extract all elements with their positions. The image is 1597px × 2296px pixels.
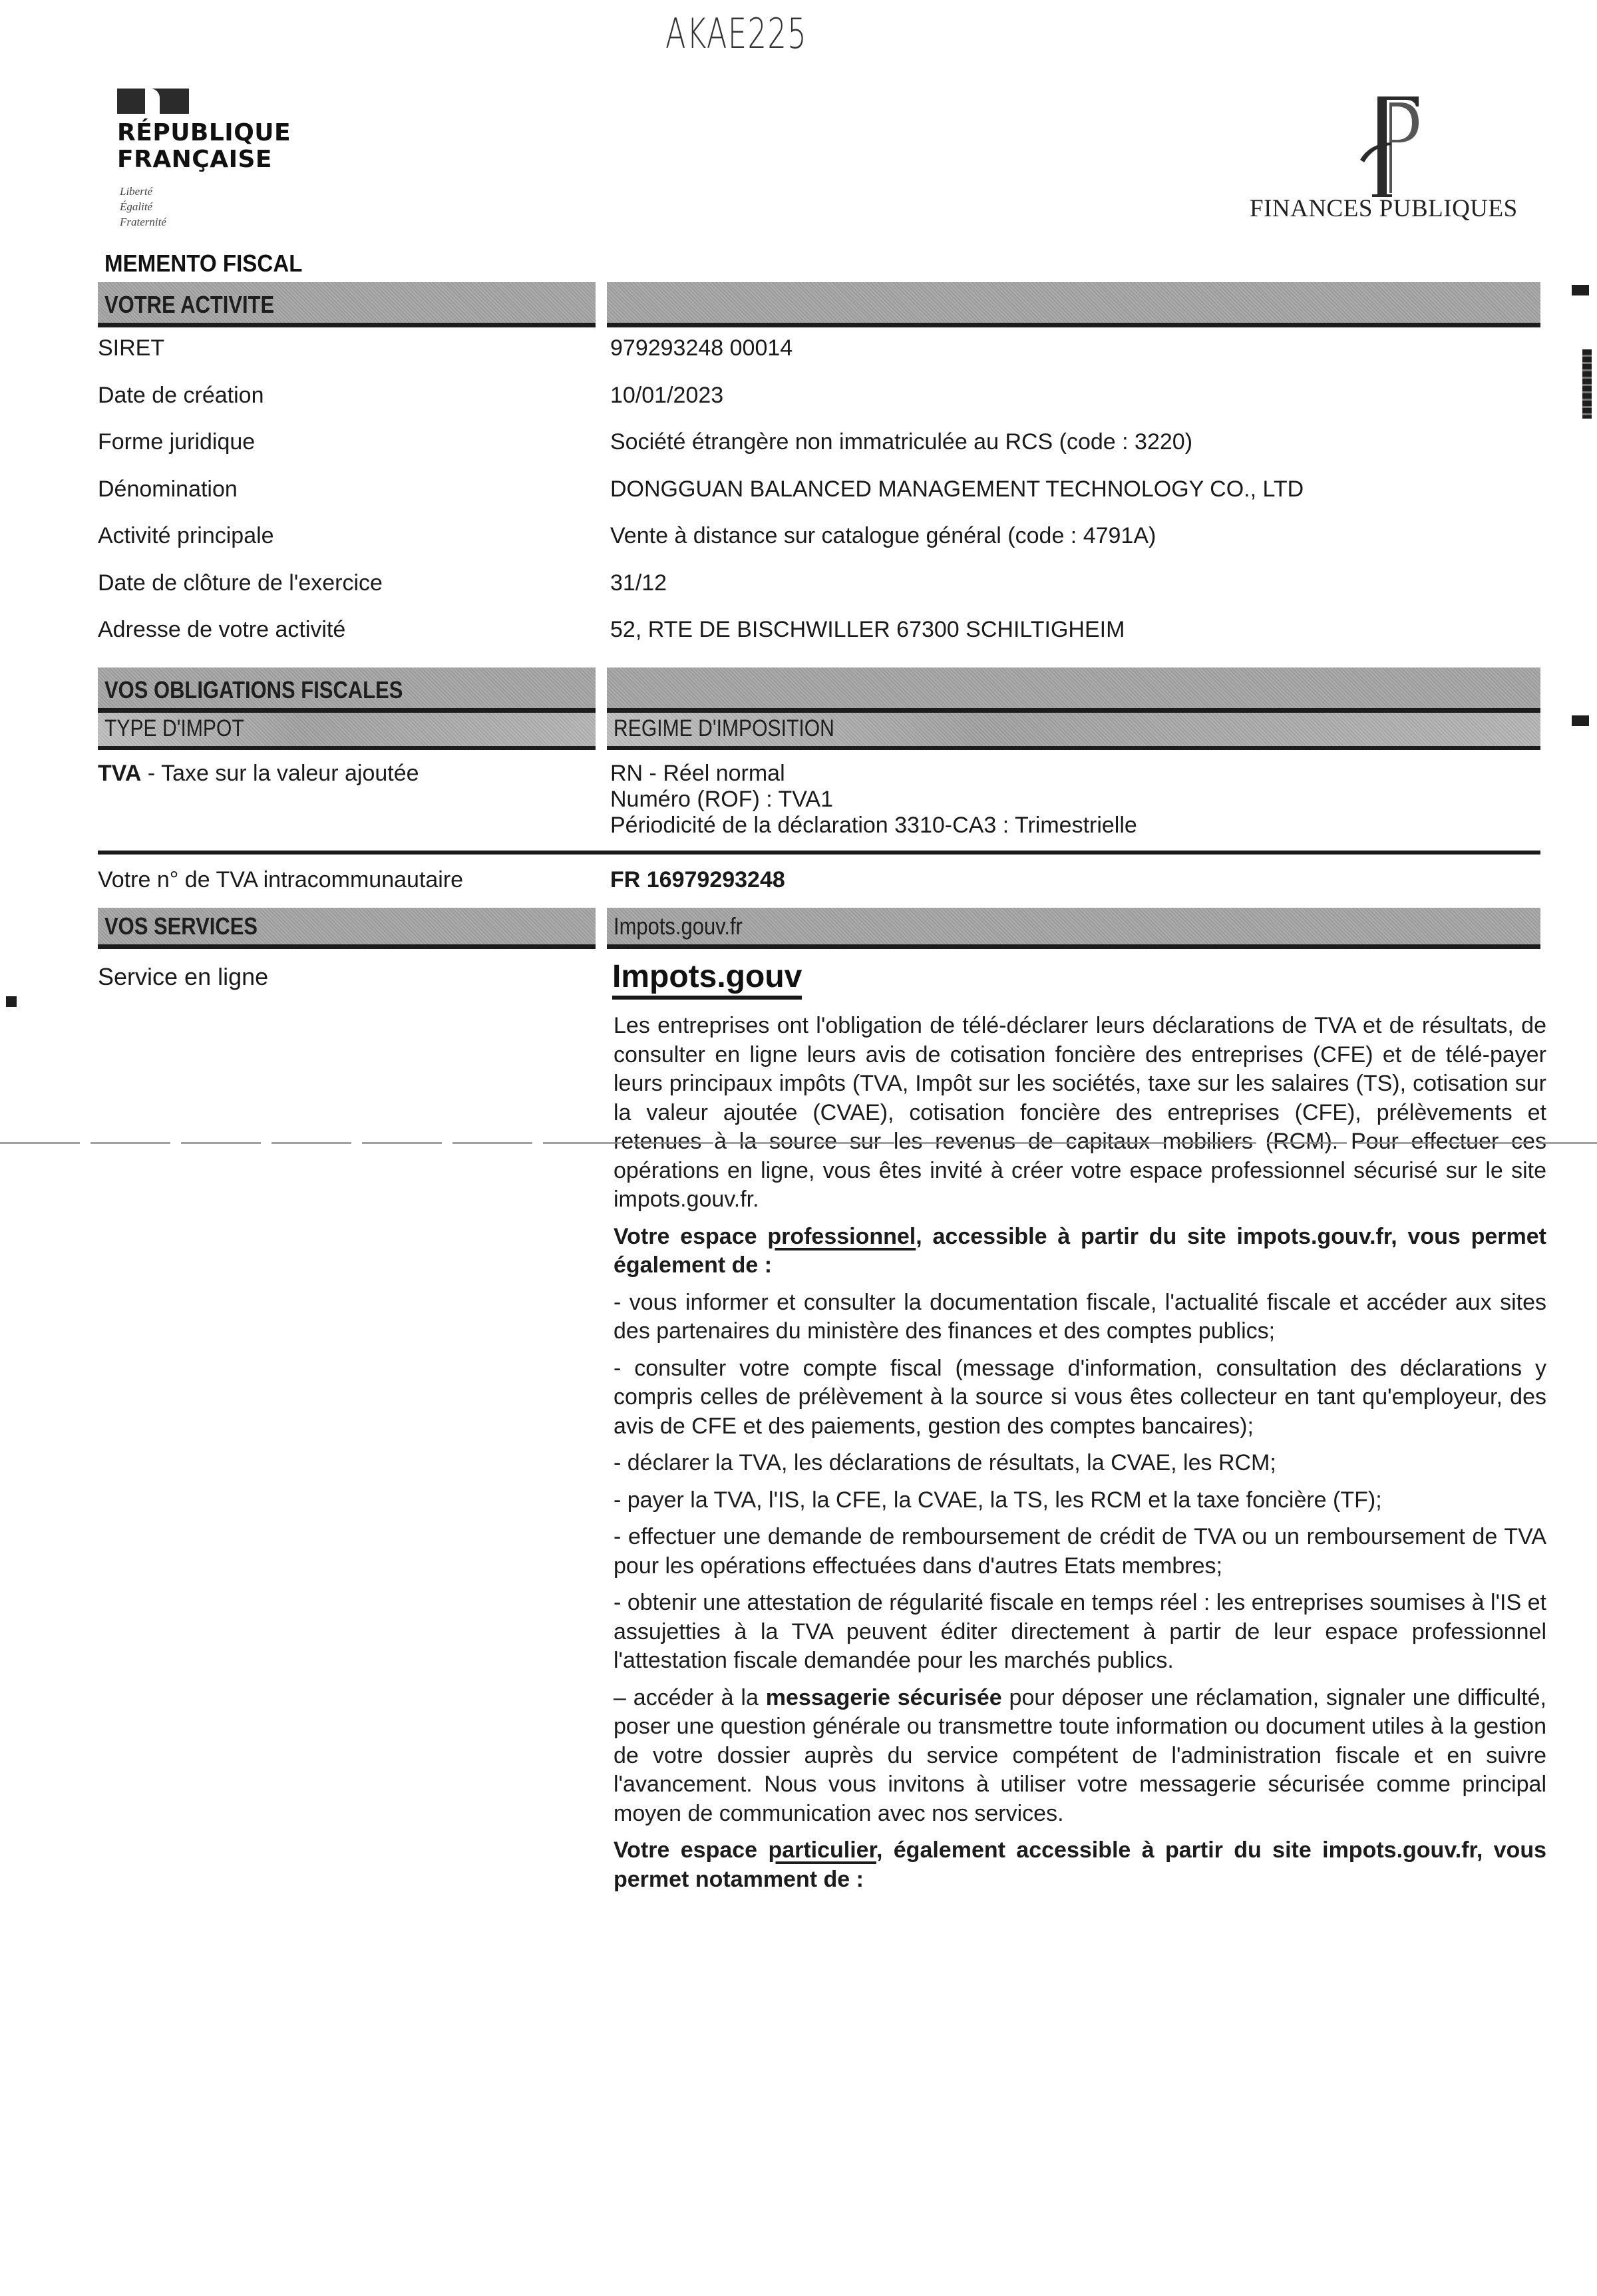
regime-line-1: RN - Réel normal [610, 760, 785, 787]
impots-gouv-heading: Impots.gouv [612, 958, 802, 995]
part-intro-underlined: particulier [768, 1837, 876, 1863]
espace-pro-item: - payer la TVA, l'IS, la CFE, la CVAE, l… [614, 1486, 1546, 1515]
section-header-impots: Impots.gouv.fr [607, 908, 1540, 949]
espace-pro-item: - effectuer une demande de remboursement… [614, 1523, 1546, 1581]
services-description: Les entreprises ont l'obligation de télé… [614, 1012, 1546, 1902]
activite-value: DONGGUAN BALANCED MANAGEMENT TECHNOLOGY … [610, 476, 1304, 502]
finances-publiques-logo-text: FINANCES PUBLIQUES [1250, 194, 1518, 223]
espace-pro-item: - consulter votre compte fiscal (message… [614, 1354, 1546, 1441]
activite-label: SIRET [98, 335, 164, 361]
activite-value: 31/12 [610, 570, 667, 596]
intro-paragraph: Les entreprises ont l'obligation de télé… [614, 1012, 1546, 1215]
regime-line-3: Périodicité de la déclaration 3310-CA3 :… [610, 812, 1137, 839]
registration-mark-icon [1572, 715, 1589, 726]
impots-gouv-heading-text: Impots.gouv [612, 959, 802, 1000]
barcode-mark-icon [1582, 349, 1592, 419]
activite-label: Date de clôture de l'exercice [98, 570, 383, 596]
rf-motto: Liberté Égalité Fraternité [120, 184, 166, 230]
document-title: MEMENTO FISCAL [104, 250, 302, 278]
registration-mark-icon [6, 996, 17, 1007]
activite-value: Société étrangère non immatriculée au RC… [610, 429, 1192, 455]
motto-liberte: Liberté [120, 184, 166, 199]
section-title-services: VOS SERVICES [104, 912, 258, 940]
messagerie-bold: messagerie sécurisée [766, 1685, 1002, 1710]
marianne-logo-icon [117, 89, 189, 114]
column-title-type-impot: TYPE D'IMPOT [104, 715, 244, 742]
activite-value: 52, RTE DE BISCHWILLER 67300 SCHILTIGHEI… [610, 616, 1125, 643]
part-intro-before: Votre espace [614, 1837, 768, 1863]
service-en-ligne-label: Service en ligne [98, 964, 268, 990]
impots-site-title: Impots.gouv.fr [614, 912, 743, 940]
espace-pro-list: - vous informer et consulter la document… [614, 1288, 1546, 1676]
finances-publiques-monogram-icon [1357, 93, 1424, 200]
rf-logo-line1: RÉPUBLIQUE [117, 120, 291, 146]
activite-value: 10/01/2023 [610, 382, 723, 409]
column-header-type-impot: TYPE D'IMPOT [98, 713, 596, 750]
tax-type: TVA - Taxe sur la valeur ajoutée [98, 760, 419, 787]
tva-intra-value: FR 16979293248 [610, 866, 785, 893]
activite-label: Dénomination [98, 476, 238, 502]
regime-line-2: Numéro (ROF) : TVA1 [610, 786, 833, 813]
section-title-activite: VOTRE ACTIVITE [104, 291, 274, 319]
activite-label: Activité principale [98, 522, 274, 549]
activite-value: Vente à distance sur catalogue général (… [610, 522, 1156, 549]
activite-label: Date de création [98, 382, 264, 409]
pro-intro-before: Votre espace [614, 1224, 767, 1249]
column-title-regime: REGIME D'IMPOSITION [614, 715, 834, 742]
espace-pro-item: - vous informer et consulter la document… [614, 1288, 1546, 1346]
section-header-obligations-right [607, 668, 1540, 713]
republique-francaise-logo: RÉPUBLIQUE FRANÇAISE [117, 120, 291, 173]
rf-logo-line2: FRANÇAISE [117, 146, 291, 173]
motto-egalite: Égalité [120, 199, 166, 214]
scan-artifact-line [0, 1142, 1597, 1144]
registration-mark-icon [1572, 285, 1589, 295]
espace-pro-intro: Votre espace professionnel, accessible à… [614, 1223, 1546, 1280]
section-title-obligations: VOS OBLIGATIONS FISCALES [104, 676, 403, 704]
section-header-activite: VOTRE ACTIVITE [98, 282, 596, 327]
motto-fraternite: Fraternité [120, 214, 166, 230]
activite-label: Forme juridique [98, 429, 255, 455]
pro-intro-underlined: professionnel [767, 1224, 916, 1249]
messagerie-item: – accéder à la messagerie sécurisée pour… [614, 1684, 1546, 1829]
divider [98, 851, 1540, 855]
espace-particulier-intro: Votre espace particulier, également acce… [614, 1836, 1546, 1894]
section-header-services: VOS SERVICES [98, 908, 596, 949]
activite-label: Adresse de votre activité [98, 616, 345, 643]
espace-pro-item: - obtenir une attestation de régularité … [614, 1589, 1546, 1676]
handwritten-reference: AKAE225 [665, 9, 807, 58]
column-header-regime: REGIME D'IMPOSITION [607, 713, 1540, 750]
tax-code: TVA [98, 761, 141, 786]
tax-name: - Taxe sur la valeur ajoutée [141, 761, 419, 786]
espace-pro-item: - déclarer la TVA, les déclarations de r… [614, 1449, 1546, 1478]
activite-value: 979293248 00014 [610, 335, 793, 361]
section-header-activite-right [607, 282, 1540, 327]
messagerie-before: – accéder à la [614, 1685, 766, 1710]
section-header-obligations: VOS OBLIGATIONS FISCALES [98, 668, 596, 713]
tva-intra-label: Votre n° de TVA intracommunautaire [98, 866, 463, 893]
